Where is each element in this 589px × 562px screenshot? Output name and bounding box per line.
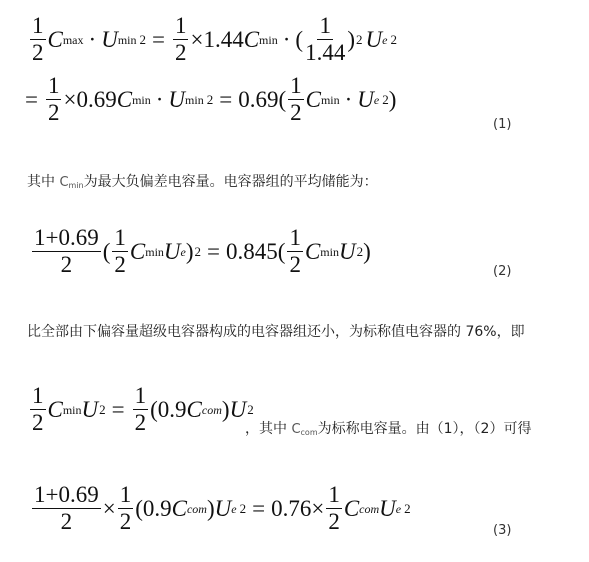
fraction-half: 12 [288,74,304,125]
equation-1-line-1: 12 Cmax · Umin2 = 12 × 1.44 Cmin · ( 11.… [28,14,397,65]
equation-cmin-relation: 12 Cmin U2 = 12 (0.9 Ccom ) U2 [28,384,254,435]
equation-3: 1+0.692 × 12 (0.9 Ccom ) Ue2 = 0.76 × 12… [30,483,411,534]
fraction-half: 12 [46,74,62,125]
fraction-half: 12 [30,384,46,435]
fraction-average: 1+0.692 [32,483,101,534]
equation-1-line-2: = 12 × 0.69 Cmin · Umin2 = 0.69 ( 12 Cmi… [25,74,396,125]
fraction-average: 1+0.692 [32,226,101,277]
inline-explanation: ，其中 Ccom为标称电容量。由（1），（2）可得 [245,418,531,438]
equation-number-2: (2) [493,264,511,279]
paragraph-average-energy: 其中 Cmin为最大负偏差电容量。电容器组的平均储能为： [27,171,378,191]
fraction-half: 12 [112,226,128,277]
fraction-half: 12 [326,483,342,534]
fraction-inverse-1-44: 11.44 [305,14,345,65]
fraction-half: 12 [30,14,46,65]
fraction-half: 12 [173,14,189,65]
fraction-half: 12 [287,226,303,277]
paragraph-76-percent: 比全部由下偏容量超级电容器构成的电容器组还小，为标称值电容器的 76%，即 [27,321,525,341]
fraction-half: 12 [118,483,134,534]
equation-2: 1+0.692 ( 12 Cmin Ue )2 = 0.845 ( 12 Cmi… [30,226,371,277]
fraction-half: 12 [133,384,149,435]
equation-number-3: (3) [493,523,511,538]
equation-number-1: (1) [493,117,511,132]
